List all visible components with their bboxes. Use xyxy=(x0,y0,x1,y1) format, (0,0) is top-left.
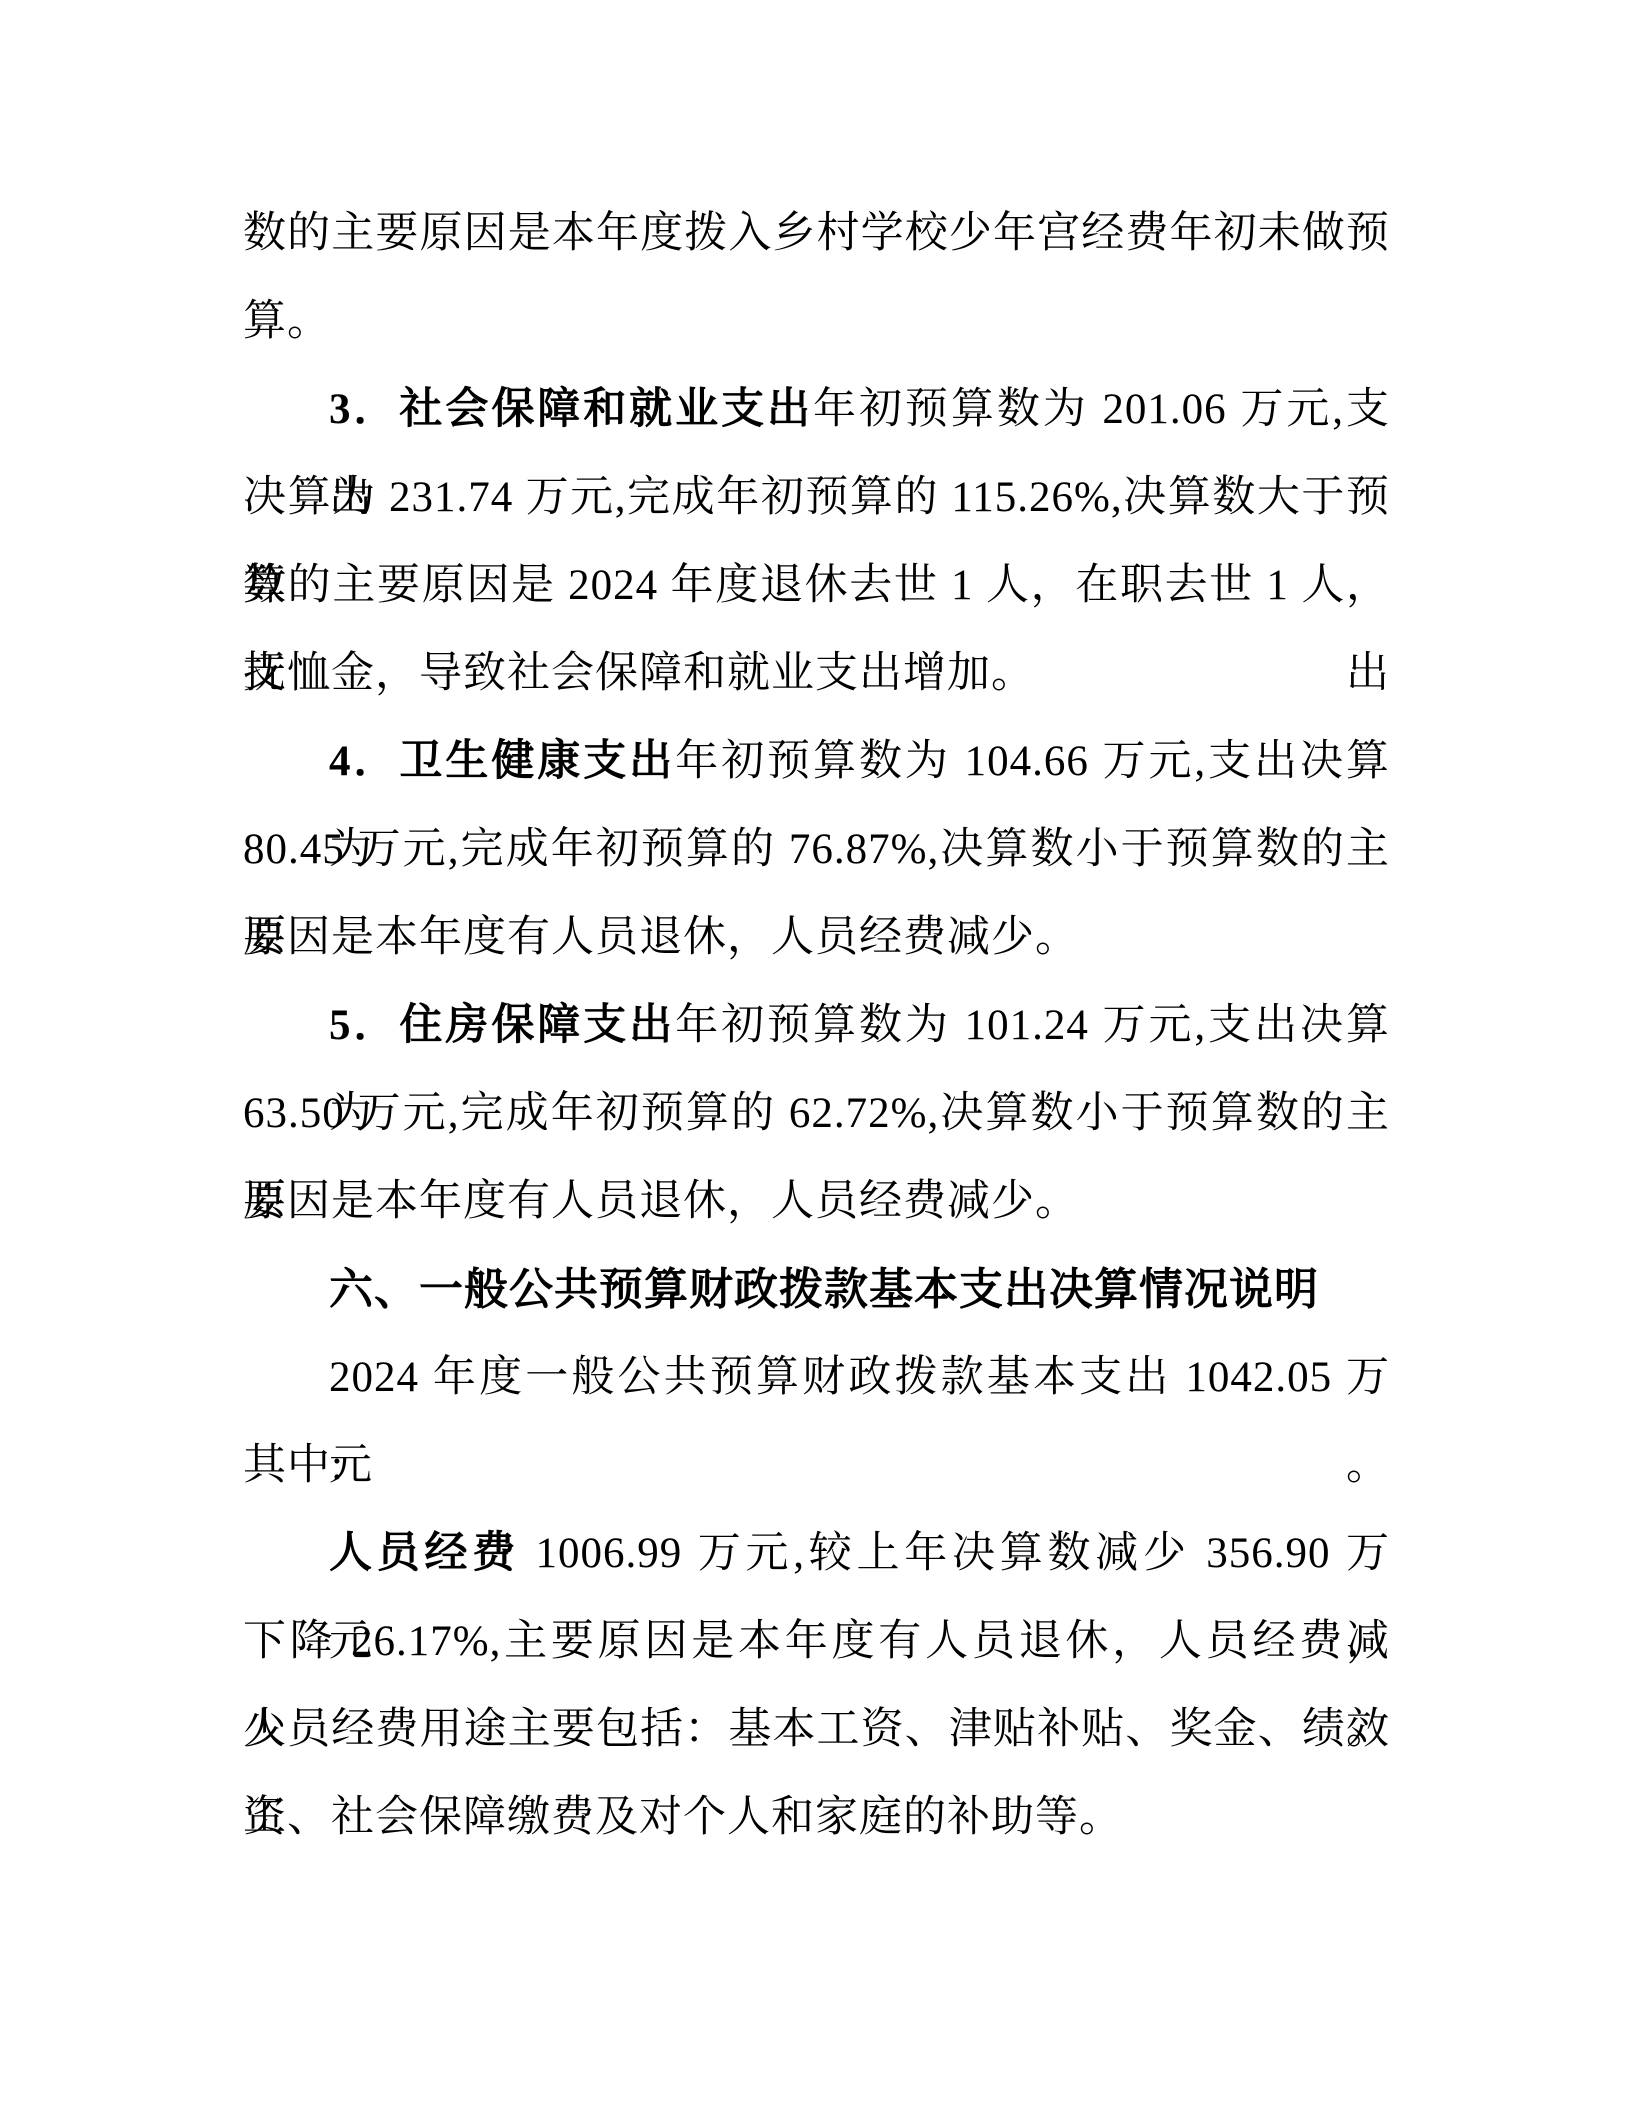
bold-text-segment: 人员经费 xyxy=(329,1530,520,1577)
text-segment: 数的主要原因是本年度拨入乡村学校少年宫经费年初未做预 xyxy=(243,210,1390,257)
text-segment: 原因是本年度有人员退休，人员经费减少。 xyxy=(243,914,1079,961)
text-line-12: 原因是本年度有人员退休，人员经费减少。 xyxy=(243,1158,1390,1246)
bold-text-segment: 3．社会保障和就业支出 xyxy=(329,386,813,433)
bold-text-segment: 4．卫生健康支出 xyxy=(329,738,675,785)
text-line-7: 4．卫生健康支出年初预算数为 104.66 万元,支出决算为 xyxy=(243,718,1390,806)
document-body: 数的主要原因是本年度拨入乡村学校少年宫经费年初未做预算。3．社会保障和就业支出年… xyxy=(243,190,1390,1862)
text-line-8: 80.45 万元,完成年初预算的 76.87%,决算数小于预算数的主要 xyxy=(243,806,1390,894)
text-segment: 原因是本年度有人员退休，人员经费减少。 xyxy=(243,1178,1079,1225)
text-line-5: 数的主要原因是 2024 年度退休去世 1 人，在职去世 1 人，支出 xyxy=(243,542,1390,630)
text-segment: 抚恤金，导致社会保障和就业支出增加。 xyxy=(243,650,1035,697)
text-segment: 2024 年度一般公共预算财政拨款基本支出 1042.05 万元。 xyxy=(329,1354,1390,1489)
bold-text-segment: 5．住房保障支出 xyxy=(329,1002,675,1049)
document-page: 数的主要原因是本年度拨入乡村学校少年宫经费年初未做预算。3．社会保障和就业支出年… xyxy=(0,0,1632,2112)
text-segment: 算。 xyxy=(243,298,331,345)
text-segment: 资、社会保障缴费及对个人和家庭的补助等。 xyxy=(243,1794,1123,1841)
text-line-3: 3．社会保障和就业支出年初预算数为 201.06 万元,支出 xyxy=(243,366,1390,454)
text-line-19: 资、社会保障缴费及对个人和家庭的补助等。 xyxy=(243,1774,1390,1862)
bold-text-segment: 六、一般公共预算财政拨款基本支出决算情况说明 xyxy=(329,1265,1319,1314)
section-heading: 六、一般公共预算财政拨款基本支出决算情况说明 xyxy=(243,1246,1390,1334)
text-line-9: 原因是本年度有人员退休，人员经费减少。 xyxy=(243,894,1390,982)
text-line-16: 人员经费 1006.99 万元,较上年决算数减少 356.90 万元， xyxy=(243,1510,1390,1598)
text-line-11: 63.50 万元,完成年初预算的 62.72%,决算数小于预算数的主要 xyxy=(243,1070,1390,1158)
text-line-4: 决算为 231.74 万元,完成年初预算的 115.26%,决算数大于预算 xyxy=(243,454,1390,542)
text-line-10: 5．住房保障支出年初预算数为 101.24 万元,支出决算为 xyxy=(243,982,1390,1070)
text-line-2: 算。 xyxy=(243,278,1390,366)
text-line-18: 人员经费用途主要包括：基本工资、津贴补贴、奖金、绩效工 xyxy=(243,1686,1390,1774)
text-line-14: 2024 年度一般公共预算财政拨款基本支出 1042.05 万元。 xyxy=(243,1334,1390,1422)
text-line-1: 数的主要原因是本年度拨入乡村学校少年宫经费年初未做预 xyxy=(243,190,1390,278)
text-line-17: 下降 26.17%,主要原因是本年度有人员退休，人员经费减少。 xyxy=(243,1598,1390,1686)
text-segment: 其中: xyxy=(243,1442,344,1489)
